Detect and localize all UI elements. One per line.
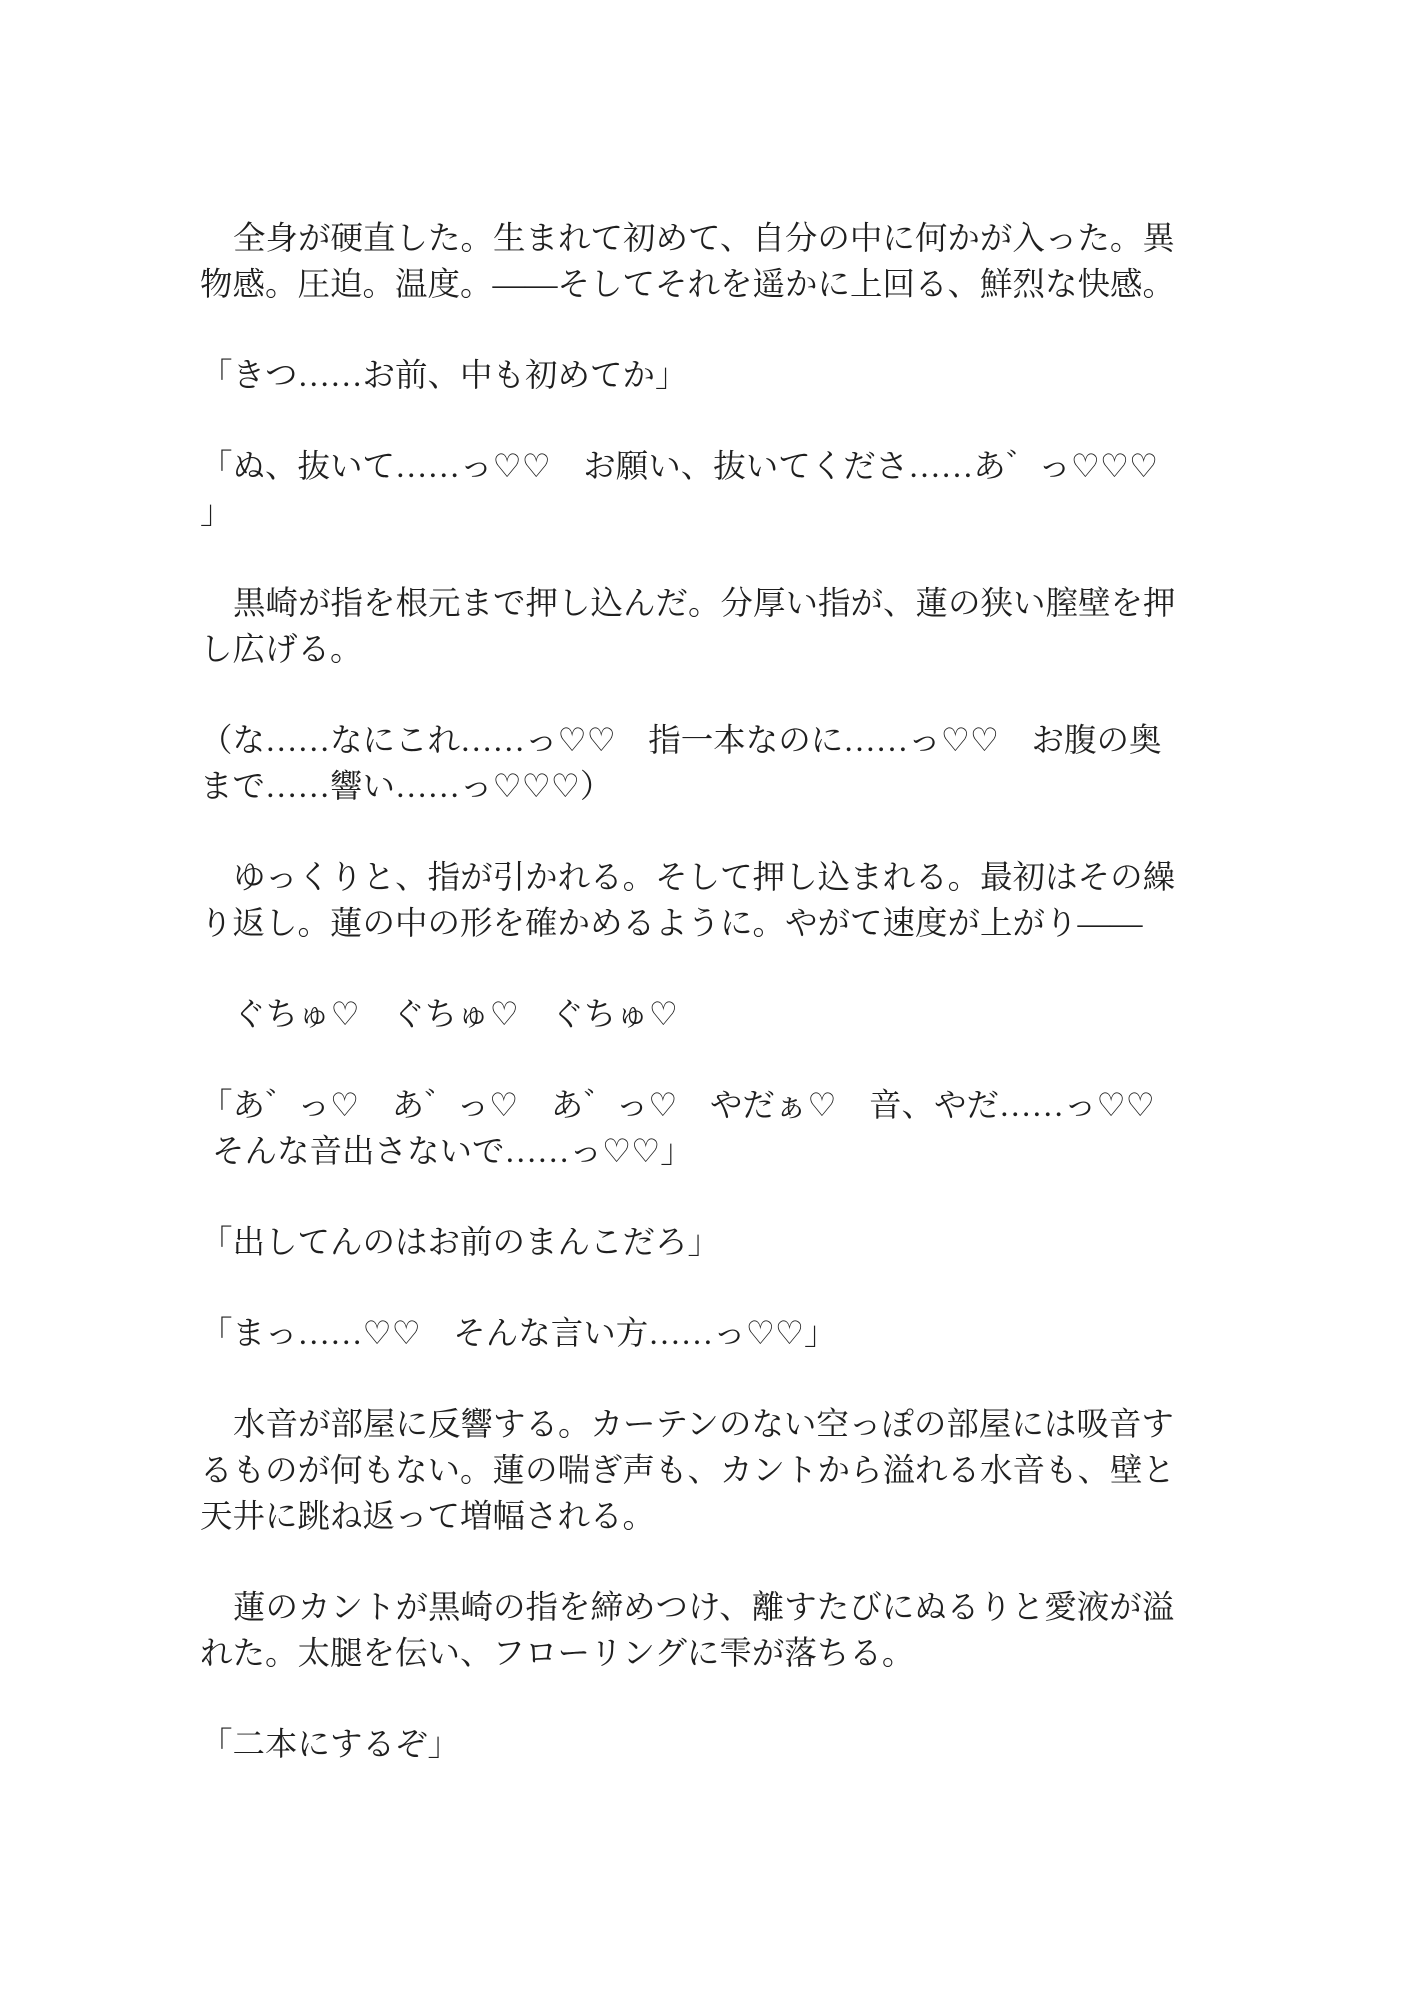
document-page: 全身が硬直した。生まれて初めて、自分の中に何かが入った。異 物感。圧迫。温度。―… [0,0,1415,2000]
text-line: 物感。圧迫。温度。――そしてそれを遥かに上回る、鮮烈な快感。 [200,262,1210,308]
text-line: 」 [200,490,1210,536]
paragraph: 蓮のカントが黒崎の指を締めつけ、離すたびにぬるりと愛液が溢 れた。太腿を伝い、フ… [200,1585,1210,1677]
text-line: そんな音出さないで……っ♡♡」 [200,1129,1210,1175]
text-line: り返し。蓮の中の形を確かめるように。やがて速度が上がり―― [200,901,1210,947]
text-line: 「きつ……お前、中も初めてか」 [200,353,1210,399]
text-line: 水音が部屋に反響する。カーテンのない空っぽの部屋には吸音す [200,1402,1210,1448]
text-line: ゆっくりと、指が引かれる。そして押し込まれる。最初はその繰 [200,855,1210,901]
text-line: （な……なにこれ……っ♡♡ 指一本なのに……っ♡♡ お腹の奥 [200,718,1210,764]
paragraph: 水音が部屋に反響する。カーテンのない空っぽの部屋には吸音す るものが何もない。蓮… [200,1402,1210,1540]
text-line: 「まっ……♡♡ そんな言い方……っ♡♡」 [200,1311,1210,1357]
paragraph: 黒崎が指を根元まで押し込んだ。分厚い指が、蓮の狭い膣壁を押 し広げる。 [200,581,1210,673]
text-line: まで……響い……っ♡♡♡） [200,764,1210,810]
text-line: るものが何もない。蓮の喘ぎ声も、カントから溢れる水音も、壁と [200,1448,1210,1494]
text-line: 「二本にするぞ」 [200,1722,1210,1768]
paragraph: 「出してんのはお前のまんこだろ」 [200,1220,1210,1266]
text-line: 「出してんのはお前のまんこだろ」 [200,1220,1210,1266]
paragraph: 「まっ……♡♡ そんな言い方……っ♡♡」 [200,1311,1210,1357]
paragraph-sfx: ぐちゅ♡ ぐちゅ♡ ぐちゅ♡ [200,992,1210,1038]
text-line: し広げる。 [200,627,1210,673]
text-line: ぐちゅ♡ ぐちゅ♡ ぐちゅ♡ [200,992,1210,1038]
text-column: 全身が硬直した。生まれて初めて、自分の中に何かが入った。異 物感。圧迫。温度。―… [200,216,1210,1768]
paragraph: 「ぬ、抜いて……っ♡♡ お願い、抜いてくださ……あ゛っ♡♡♡ 」 [200,444,1210,536]
paragraph: 全身が硬直した。生まれて初めて、自分の中に何かが入った。異 物感。圧迫。温度。―… [200,216,1210,308]
paragraph: 「二本にするぞ」 [200,1722,1210,1768]
text-line: 全身が硬直した。生まれて初めて、自分の中に何かが入った。異 [200,216,1210,262]
paragraph: （な……なにこれ……っ♡♡ 指一本なのに……っ♡♡ お腹の奥 まで……響い……っ… [200,718,1210,810]
paragraph: 「あ゛っ♡ あ゛っ♡ あ゛っ♡ やだぁ♡ 音、やだ……っ♡♡ そんな音出さないで… [200,1083,1210,1175]
text-line: 黒崎が指を根元まで押し込んだ。分厚い指が、蓮の狭い膣壁を押 [200,581,1210,627]
paragraph: ゆっくりと、指が引かれる。そして押し込まれる。最初はその繰 り返し。蓮の中の形を… [200,855,1210,947]
text-line: 「あ゛っ♡ あ゛っ♡ あ゛っ♡ やだぁ♡ 音、やだ……っ♡♡ [200,1083,1210,1129]
text-line: 天井に跳ね返って増幅される。 [200,1494,1210,1540]
paragraph: 「きつ……お前、中も初めてか」 [200,353,1210,399]
text-line: 「ぬ、抜いて……っ♡♡ お願い、抜いてくださ……あ゛っ♡♡♡ [200,444,1210,490]
text-line: れた。太腿を伝い、フローリングに雫が落ちる。 [200,1631,1210,1677]
text-line: 蓮のカントが黒崎の指を締めつけ、離すたびにぬるりと愛液が溢 [200,1585,1210,1631]
